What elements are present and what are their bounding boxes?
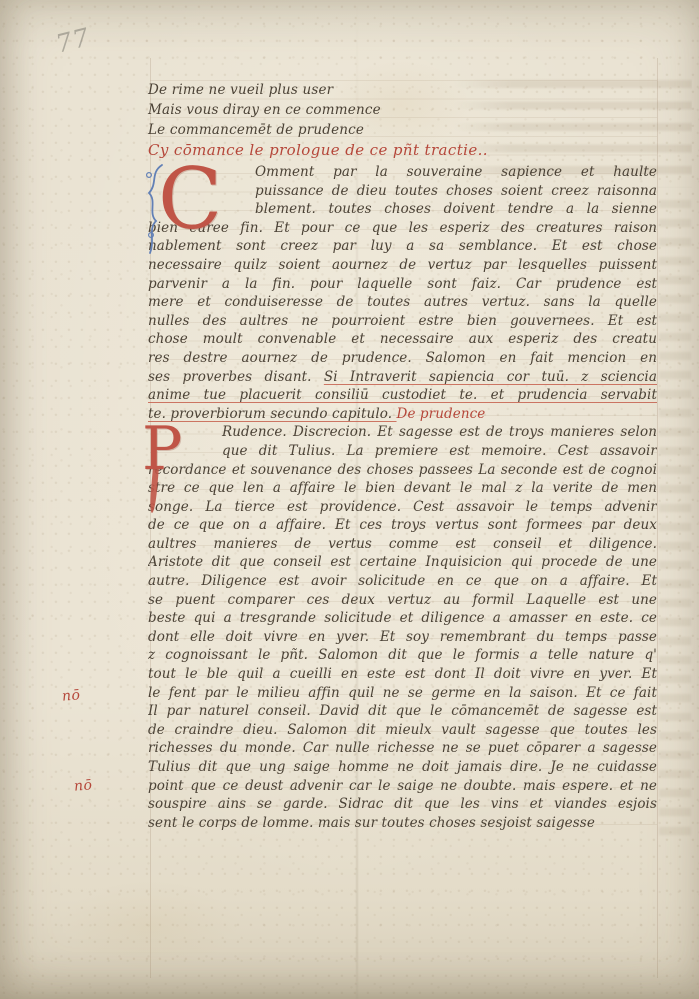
text-line: aultres manieres de vertus comme est con… xyxy=(148,535,657,554)
verso-show-through-right xyxy=(659,195,691,835)
text-line: autre. Diligence est avoir solicitude en… xyxy=(148,572,657,591)
text-line: necessaire quilz soient aournez de vertu… xyxy=(148,256,657,275)
verse-line: Mais vous diray en ce commence xyxy=(148,100,657,120)
text-line: beste qui a tresgrande solicitude et dil… xyxy=(148,609,657,628)
header-verse: De rime ne vueil plus user Mais vous dir… xyxy=(148,80,657,140)
verse-line: Le commancemēt de prudence xyxy=(148,120,657,140)
text-line: Rudence. Discrecion. Et sagesse est de t… xyxy=(148,423,657,442)
latin-quote-line: te. proverbiorum secundo capitulo. De pr… xyxy=(148,405,657,424)
text-line: tout le ble quil a cueilli en este est d… xyxy=(148,665,657,684)
text-line: de craindre dieu. Salomon dit mieulx vau… xyxy=(148,721,657,740)
text-line: de ce que on a affaire. Et ces troys ver… xyxy=(148,516,657,535)
text-line: songe. La tierce est providence. Cest as… xyxy=(148,498,657,517)
text-segment: ses proverbes disant. xyxy=(148,369,324,385)
latin-quote-line: ses proverbes disant. Si Intraverit sapi… xyxy=(148,368,657,387)
latin-quote-underlined: te. proverbiorum secundo capitulo. xyxy=(148,406,397,422)
folio-number-pencil: 77 xyxy=(53,22,93,58)
text-block: De rime ne vueil plus user Mais vous dir… xyxy=(148,80,657,832)
text-line: se puent comparer ces deux vertuz au for… xyxy=(148,591,657,610)
latin-quote-line: anime tue placuerit consiliū custodiet t… xyxy=(148,386,657,405)
text-line: souspire ains se garde. Sidrac dit que l… xyxy=(148,795,657,814)
text-line: nablement sont creez par luy a sa sembla… xyxy=(148,237,657,256)
marginal-nota: nō xyxy=(73,777,93,795)
text-line: sent le corps de lomme. mais sur toutes … xyxy=(148,814,657,833)
initial-c: C xyxy=(158,157,222,241)
inline-rubric-de-prudence: De prudence xyxy=(397,406,486,424)
text-line: recordance et souvenance des choses pass… xyxy=(148,461,657,480)
text-line: nulles des aultres ne pourroient estre b… xyxy=(148,312,657,331)
manuscript-page: 77 De rime ne vueil plus user Mais vous … xyxy=(0,0,699,999)
text-line: bien euree fin. Et pour ce que les esper… xyxy=(148,219,657,238)
text-line: chose moult convenable et necessaire aux… xyxy=(148,330,657,349)
prudence-paragraph: P Rudence. Discrecion. Et sagesse est de… xyxy=(148,423,657,832)
text-line: res destre aournez de prudence. Salomon … xyxy=(148,349,657,368)
text-line: z cognoissant le pñt. Salomon dit que le… xyxy=(148,646,657,665)
text-line: Il par naturel conseil. David dit que le… xyxy=(148,702,657,721)
text-line: stre ce que len a affaire le bien devant… xyxy=(148,479,657,498)
initial-p: P xyxy=(142,419,182,479)
latin-quote-underlined: Si Intraverit sapiencia cor tuū. z scien… xyxy=(324,369,657,385)
text-line: blement. toutes choses doivent tendre a … xyxy=(148,200,657,219)
chapter-rubric: Cy cōmance le prologue de ce pñt tractie… xyxy=(148,140,657,160)
verse-line: De rime ne vueil plus user xyxy=(148,80,657,100)
text-line: Aristote dit que conseil est certaine In… xyxy=(148,553,657,572)
text-line: parvenir a la fin. pour laquelle sont fa… xyxy=(148,275,657,294)
text-line: Tulius dit que ung saige homme ne doit j… xyxy=(148,758,657,777)
text-line: mere et conduiseresse de toutes autres v… xyxy=(148,293,657,312)
text-line: dont elle doit vivre en yver. Et soy rem… xyxy=(148,628,657,647)
text-line: que dit Tulius. La premiere est memoire.… xyxy=(148,442,657,461)
text-line: puissance de dieu toutes choses soient c… xyxy=(148,182,657,201)
text-line: le fent par le milieu affin quil ne se g… xyxy=(148,684,657,703)
prologue-paragraph: C Omment par la souveraine sapience et h… xyxy=(148,163,657,423)
marginal-nota: nō xyxy=(61,687,81,705)
text-line: Omment par la souveraine sapience et hau… xyxy=(148,163,657,182)
right-margin-rule xyxy=(657,58,658,978)
text-line: point que ce deust advenir car le saige … xyxy=(148,777,657,796)
text-line: richesses du monde. Car nulle richesse n… xyxy=(148,739,657,758)
